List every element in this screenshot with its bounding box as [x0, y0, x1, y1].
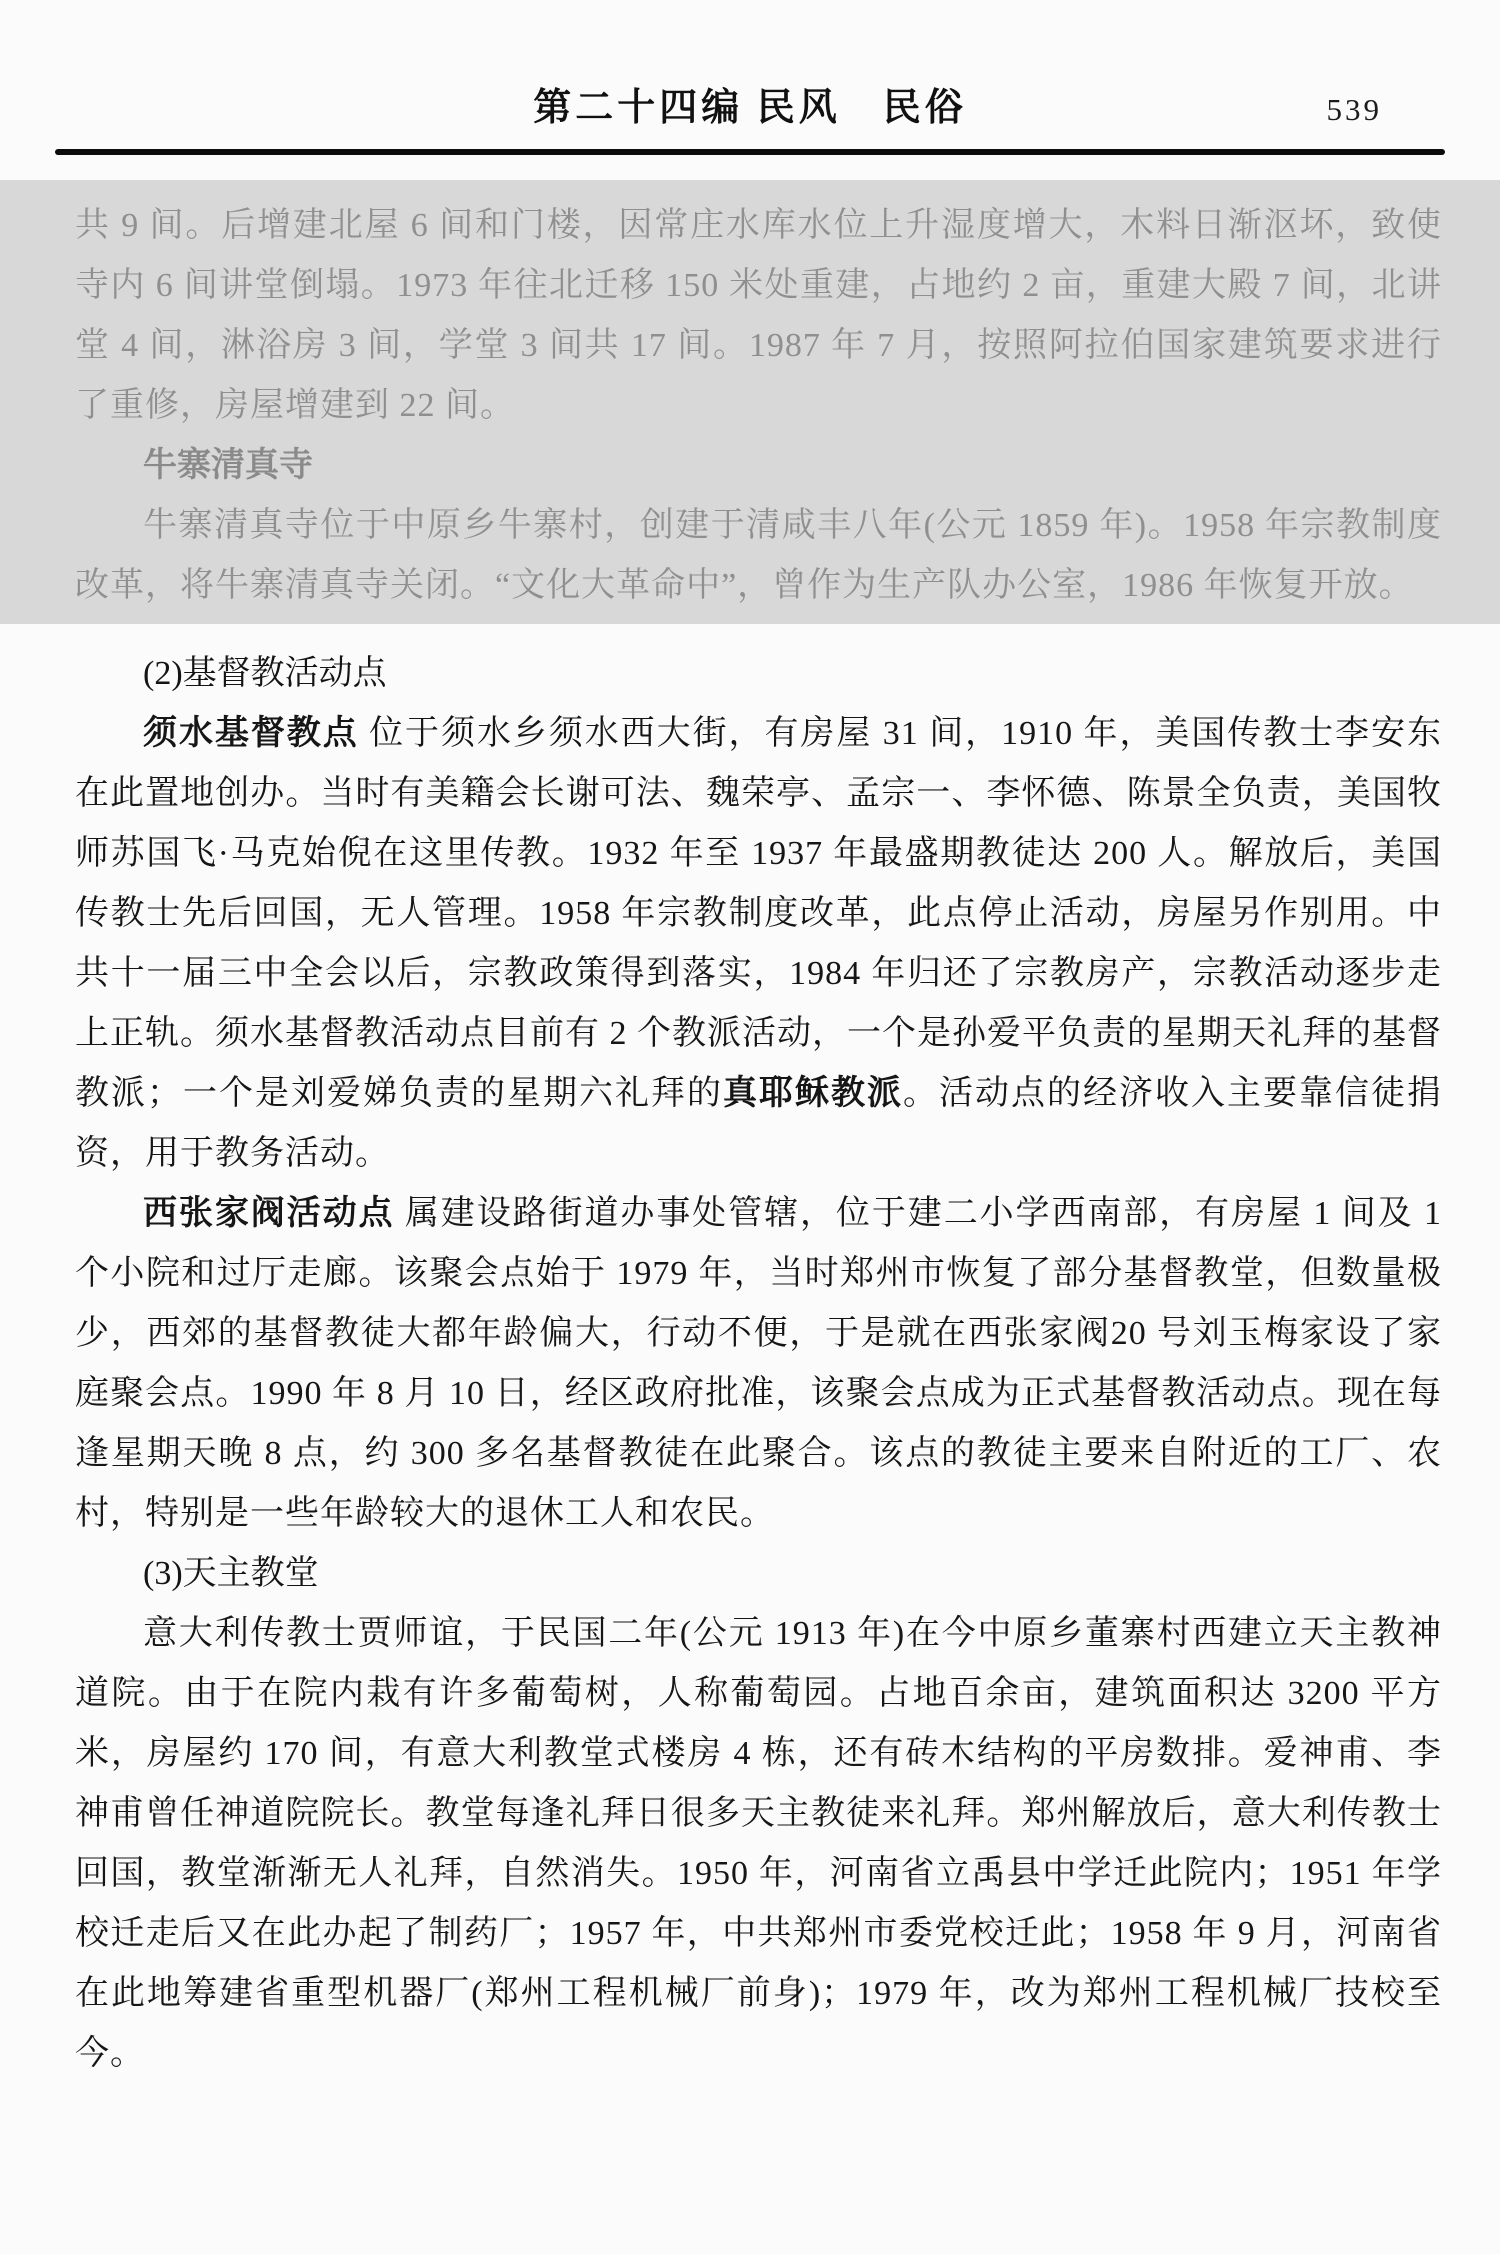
page-header: 第二十四编 民风 民俗 539 — [0, 84, 1500, 144]
catholic-church-heading: (3)天主教堂 — [75, 1544, 1442, 1604]
mosque-rebuild-paragraph: 共 9 间。后增建北屋 6 间和门楼，因常庄水库水位上升湿度增大，木料日渐沤坏，… — [75, 196, 1442, 436]
scanned-book-page: 第二十四编 民风 民俗 539 共 9 间。后增建北屋 6 间和门楼，因常庄水库… — [0, 0, 1500, 2254]
niuzhai-mosque-heading: 牛寨清真寺 — [75, 436, 1442, 496]
true-jesus-church-bold: 真耶稣教派 — [723, 1075, 903, 1112]
gray-highlight-section: 共 9 间。后增建北屋 6 间和门楼，因常庄水库水位上升湿度增大，木料日渐沤坏，… — [0, 180, 1500, 624]
page-body: 共 9 间。后增建北屋 6 间和门楼，因常庄水库水位上升湿度增大，木料日渐沤坏，… — [0, 180, 1500, 2084]
main-text-section: (2)基督教活动点 须水基督教点 位于须水乡须水西大街，有房屋 31 间，191… — [0, 624, 1500, 2084]
xizhangjia-site-text: 属建设路街道办事处管辖，位于建二小学西南部，有房屋 1 间及 1 个小院和过厅走… — [75, 1195, 1442, 1532]
niuzhai-mosque-paragraph: 牛寨清真寺位于中原乡牛寨村，创建于清咸丰八年(公元 1859 年)。1958 年… — [75, 496, 1442, 616]
header-divider-rule — [55, 149, 1445, 155]
xushui-site-text-1: 位于须水乡须水西大街，有房屋 31 间，1910 年，美国传教士李安东在此置地创… — [75, 715, 1442, 1112]
catholic-church-paragraph: 意大利传教士贾师谊，于民国二年(公元 1913 年)在今中原乡董寨村西建立天主教… — [75, 1604, 1442, 2084]
xizhangjia-site-lead: 西张家阀活动点 — [143, 1195, 394, 1232]
xushui-christian-paragraph: 须水基督教点 位于须水乡须水西大街，有房屋 31 间，1910 年，美国传教士李… — [75, 704, 1442, 1184]
page-number: 539 — [1327, 92, 1383, 128]
christian-sites-heading: (2)基督教活动点 — [75, 644, 1442, 704]
xizhangjia-paragraph: 西张家阀活动点 属建设路街道办事处管辖，位于建二小学西南部，有房屋 1 间及 1… — [75, 1184, 1442, 1544]
xushui-site-lead: 须水基督教点 — [143, 715, 359, 752]
chapter-title: 第二十四编 民风 民俗 — [0, 84, 1500, 132]
